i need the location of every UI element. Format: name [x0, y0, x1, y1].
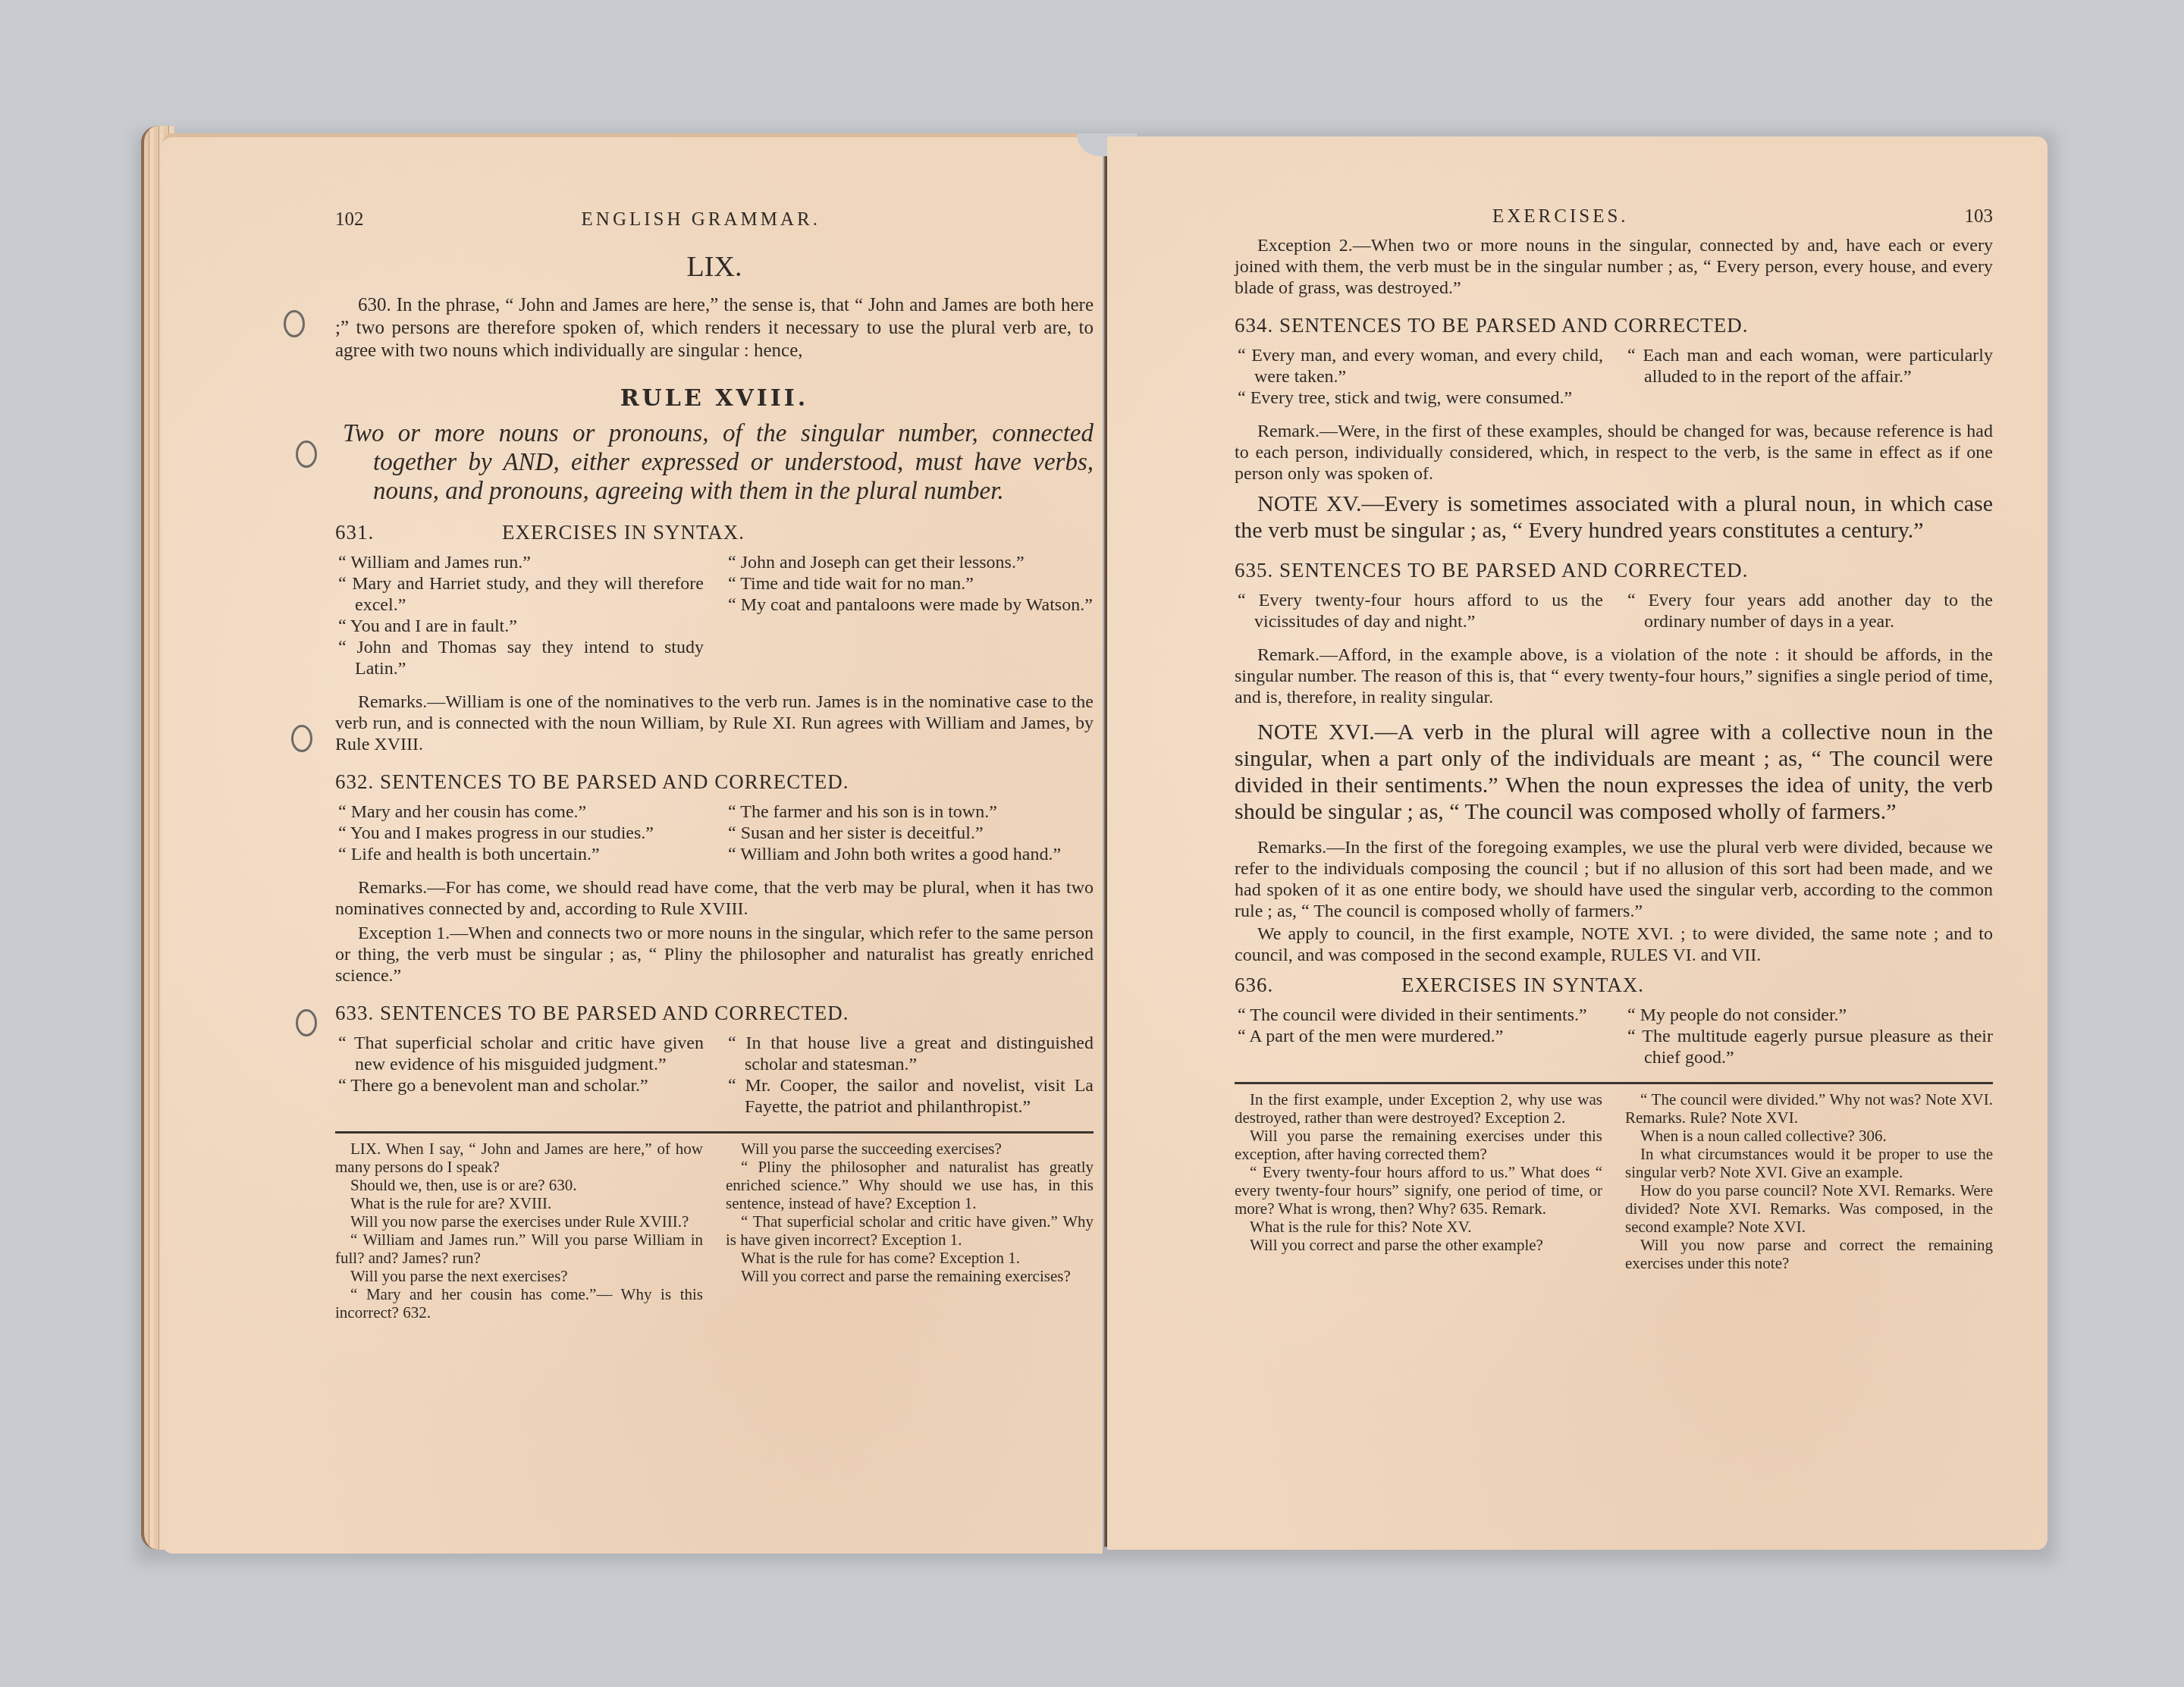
- exception-1: Exception 1.—When and connects two or mo…: [335, 923, 1094, 986]
- running-head: EXERCISES. 103: [1235, 206, 1993, 227]
- question-column: LIX. When I say, “ John and James are he…: [335, 1140, 703, 1322]
- exercise-column: “ The council were divided in their sent…: [1235, 1005, 1603, 1068]
- question-item: “ Every twenty-four hours afford to us.”…: [1235, 1163, 1602, 1218]
- exercise-sentence: “ William and James run.”: [335, 552, 704, 573]
- question-item: “ Mary and her cousin has come.”— Why is…: [335, 1285, 703, 1322]
- exercise-sentence: “ The farmer and his son is in town.”: [725, 801, 1094, 823]
- section-636-heading: 636. EXERCISES IN SYNTAX.: [1235, 974, 1993, 997]
- question-item: LIX. When I say, “ John and James are he…: [335, 1140, 703, 1176]
- exercise-column: “ Every twenty-four hours afford to us t…: [1235, 590, 1603, 632]
- footnote-divider: [335, 1131, 1094, 1134]
- exercise-sentence: “ My people do not consider.”: [1624, 1005, 1993, 1026]
- remarks-632: Remarks.—For has come, we should read ha…: [335, 877, 1094, 920]
- section-632-heading: 632. SENTENCES TO BE PARSED AND CORRECTE…: [335, 770, 1094, 794]
- exercises-635: “ Every twenty-four hours afford to us t…: [1235, 590, 1993, 632]
- question-item: When is a noun called collective? 306.: [1625, 1127, 1993, 1145]
- exercise-column: “ Mary and her cousin has come.”“ You an…: [335, 801, 704, 865]
- note-15: NOTE XV.—Every is sometimes associated w…: [1235, 491, 1993, 544]
- question-column: “ The council were divided.” Why not was…: [1625, 1090, 1993, 1272]
- question-item: What is the rule for this? Note XV.: [1235, 1218, 1602, 1236]
- left-page: 102 ENGLISH GRAMMAR. LIX. 630. In the ph…: [162, 133, 1103, 1554]
- paragraph-630: 630. In the phrase, “ John and James are…: [335, 294, 1094, 362]
- page-number: 103: [1965, 206, 1994, 227]
- exercise-column: “ In that house live a great and disting…: [725, 1033, 1094, 1118]
- exercise-sentence: “ Every tree, stick and twig, were consu…: [1235, 387, 1603, 409]
- exercise-sentence: “ Every man, and every woman, and every …: [1235, 345, 1603, 387]
- exercise-sentence: “ That superficial scholar and critic ha…: [335, 1033, 704, 1075]
- exercises-632: “ Mary and her cousin has come.”“ You an…: [335, 801, 1094, 865]
- pencil-circle-mark: [296, 441, 317, 468]
- question-item: Will you now parse the exercises under R…: [335, 1212, 703, 1231]
- running-head: 102 ENGLISH GRAMMAR.: [335, 209, 1094, 230]
- question-column: In the first example, under Exception 2,…: [1235, 1090, 1602, 1272]
- exercise-column: “ That superficial scholar and critic ha…: [335, 1033, 704, 1118]
- exercise-sentence: “ Every four years add another day to th…: [1624, 590, 1993, 632]
- exercises-636: “ The council were divided in their sent…: [1235, 1005, 1993, 1068]
- exception-2: Exception 2.—When two or more nouns in t…: [1235, 235, 1993, 299]
- exercise-sentence: “ Each man and each woman, were particul…: [1624, 345, 1993, 387]
- question-item: “ That superficial scholar and critic ha…: [726, 1212, 1094, 1249]
- page-number: 102: [335, 209, 364, 230]
- exercise-sentence: “ Every twenty-four hours afford to us t…: [1235, 590, 1603, 632]
- section-title: EXERCISES IN SYNTAX.: [1401, 974, 1644, 997]
- rule-title: RULE XVIII.: [335, 385, 1094, 412]
- question-item: Should we, then, use is or are? 630.: [335, 1176, 703, 1194]
- remarks-631: Remarks.—William is one of the nominativ…: [335, 691, 1094, 755]
- running-head-title: ENGLISH GRAMMAR.: [582, 209, 821, 230]
- question-item: What is the rule for has come? Exception…: [726, 1249, 1094, 1267]
- exercise-column: “ My people do not consider.”“ The multi…: [1624, 1005, 1993, 1068]
- exercise-sentence: “ Mr. Cooper, the sailor and novelist, v…: [725, 1075, 1094, 1118]
- exercise-sentence: “ There go a benevolent man and scholar.…: [335, 1075, 704, 1096]
- note-16: NOTE XVI.—A verb in the plural will agre…: [1235, 719, 1993, 825]
- exercise-sentence: “ Mary and Harriet study, and they will …: [335, 573, 704, 616]
- exercise-column: “ The farmer and his son is in town.”“ S…: [725, 801, 1094, 865]
- exercise-sentence: “ A part of the men were murdered.”: [1235, 1026, 1603, 1047]
- review-questions: In the first example, under Exception 2,…: [1235, 1090, 1993, 1272]
- exercises-633: “ That superficial scholar and critic ha…: [335, 1033, 1094, 1118]
- exercises-631: “ William and James run.”“ Mary and Harr…: [335, 552, 1094, 679]
- exercise-sentence: “ John and Joseph can get their lessons.…: [725, 552, 1094, 573]
- question-item: Will you parse the next exercises?: [335, 1267, 703, 1285]
- exercise-column: “ Every four years add another day to th…: [1624, 590, 1993, 632]
- section-number: 631.: [335, 521, 502, 544]
- remark-635: Remark.—Afford, in the example above, is…: [1235, 644, 1993, 708]
- question-item: Will you correct and parse the other exa…: [1235, 1236, 1602, 1254]
- question-item: Will you parse the succeeding exercises?: [726, 1140, 1094, 1158]
- right-page: EXERCISES. 103 Exception 2.—When two or …: [1107, 136, 2047, 1550]
- question-item: Will you parse the remaining exercises u…: [1235, 1127, 1602, 1163]
- section-634-heading: 634. SENTENCES TO BE PARSED AND CORRECTE…: [1235, 314, 1993, 337]
- apply-16: We apply to council, in the first exampl…: [1235, 923, 1993, 966]
- question-item: Will you correct and parse the remaining…: [726, 1267, 1094, 1285]
- question-item: “ The council were divided.” Why not was…: [1625, 1090, 1993, 1127]
- section-number: 636.: [1235, 974, 1401, 997]
- pencil-circle-mark: [284, 310, 305, 337]
- question-item: What is the rule for are? XVIII.: [335, 1194, 703, 1212]
- exercise-column: “ William and James run.”“ Mary and Harr…: [335, 552, 704, 679]
- exercises-634: “ Every man, and every woman, and every …: [1235, 345, 1993, 409]
- chapter-heading: LIX.: [335, 250, 1094, 284]
- remark-634: Remark.—Were, in the first of these exam…: [1235, 421, 1993, 484]
- section-633-heading: 633. SENTENCES TO BE PARSED AND CORRECTE…: [335, 1002, 1094, 1025]
- section-631-heading: 631. EXERCISES IN SYNTAX.: [335, 521, 1094, 544]
- exercise-sentence: “ John and Thomas say they intend to stu…: [335, 637, 704, 679]
- exercise-column: “ Every man, and every woman, and every …: [1235, 345, 1603, 409]
- exercise-sentence: “ You and I makes progress in our studie…: [335, 823, 704, 844]
- footnote-divider: [1235, 1082, 1993, 1084]
- exercise-sentence: “ The multitude eagerly pursue pleasure …: [1624, 1026, 1993, 1068]
- question-item: In what circumstances would it be proper…: [1625, 1145, 1993, 1181]
- exercise-column: “ Each man and each woman, were particul…: [1624, 345, 1993, 409]
- question-item: “ William and James run.” Will you parse…: [335, 1231, 703, 1267]
- exercise-sentence: “ Mary and her cousin has come.”: [335, 801, 704, 823]
- question-item: How do you parse council? Note XVI. Rema…: [1625, 1181, 1993, 1236]
- review-questions: LIX. When I say, “ John and James are he…: [335, 1140, 1094, 1322]
- exercise-sentence: “ The council were divided in their sent…: [1235, 1005, 1603, 1026]
- rule-text: Two or more nouns or pronouns, of the si…: [335, 419, 1094, 506]
- running-head-title: EXERCISES.: [1492, 206, 1629, 227]
- question-item: In the first example, under Exception 2,…: [1235, 1090, 1602, 1127]
- question-item: “ Pliny the philosopher and naturalist h…: [726, 1158, 1094, 1212]
- exercise-sentence: “ Time and tide wait for no man.”: [725, 573, 1094, 594]
- exercise-sentence: “ In that house live a great and disting…: [725, 1033, 1094, 1075]
- exercise-sentence: “ William and John both writes a good ha…: [725, 844, 1094, 865]
- exercise-sentence: “ Susan and her sister is deceitful.”: [725, 823, 1094, 844]
- question-column: Will you parse the succeeding exercises?…: [726, 1140, 1094, 1322]
- section-635-heading: 635. SENTENCES TO BE PARSED AND CORRECTE…: [1235, 559, 1993, 582]
- exercise-sentence: “ My coat and pantaloons were made by Wa…: [725, 594, 1094, 616]
- exercise-sentence: “ Life and health is both uncertain.”: [335, 844, 704, 865]
- exercise-column: “ John and Joseph can get their lessons.…: [725, 552, 1094, 679]
- pencil-circle-mark: [291, 725, 312, 752]
- section-title: EXERCISES IN SYNTAX.: [502, 521, 745, 544]
- pencil-circle-mark: [296, 1009, 317, 1036]
- exercise-sentence: “ You and I are in fault.”: [335, 616, 704, 637]
- question-item: Will you now parse and correct the remai…: [1625, 1236, 1993, 1272]
- remarks-16: Remarks.—In the first of the foregoing e…: [1235, 837, 1993, 922]
